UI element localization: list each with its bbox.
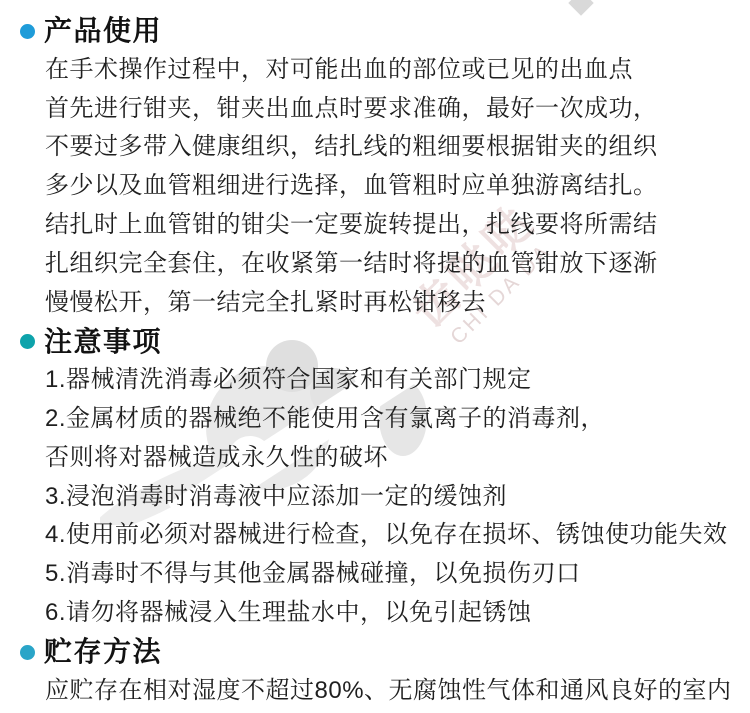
body-line: 首先进行钳夹，钳夹出血点时要求准确，最好一次成功， (0, 90, 750, 129)
bullet-icon (20, 334, 35, 349)
section-title: 产品使用 (44, 17, 162, 45)
body-line: 应贮存在相对湿度不超过80%、无腐蚀性气体和通风良好的室内 (0, 672, 750, 711)
section-precautions: 注意事项 1.器械清洗消毒必须符合国家和有关部门规定 2.金属材质的器械绝不能使… (0, 322, 750, 632)
section-storage: 贮存方法 应贮存在相对湿度不超过80%、无腐蚀性气体和通风良好的室内 (0, 633, 750, 711)
bullet-icon (20, 24, 35, 39)
body-line: 3.浸泡消毒时消毒液中应添加一定的缓蚀剂 (0, 478, 750, 517)
section-heading-row: 贮存方法 (0, 633, 750, 672)
bullet-icon (20, 645, 35, 660)
body-line: 6.请勿将器械浸入生理盐水中，以免引起锈蚀 (0, 594, 750, 633)
section-title: 注意事项 (44, 328, 162, 356)
body-line: 5.消毒时不得与其他金属器械碰撞，以免损伤刃口 (0, 555, 750, 594)
body-line: 结扎时上血管钳的钳尖一定要旋转提出，扎线要将所需结 (0, 206, 750, 245)
product-info-page: 齿哒哒 CHI DA DA 产品使用 在手术操作过程中，对可能出血的部位或已见的… (0, 0, 750, 713)
body-line: 2.金属材质的器械绝不能使用含有氯离子的消毒剂， (0, 400, 750, 439)
body-line: 多少以及血管粗细进行选择，血管粗时应单独游离结扎。 (0, 167, 750, 206)
body-line: 否则将对器械造成永久性的破坏 (0, 439, 750, 478)
section-heading-row: 产品使用 (0, 12, 750, 51)
body-line: 慢慢松开，第一结完全扎紧时再松钳移去 (0, 284, 750, 323)
section-product-usage: 产品使用 在手术操作过程中，对可能出血的部位或已见的出血点 首先进行钳夹，钳夹出… (0, 12, 750, 322)
body-line: 4.使用前必须对器械进行检查，以免存在损坏、锈蚀使功能失效 (0, 516, 750, 555)
body-line: 不要过多带入健康组织，结扎线的粗细要根据钳夹的组织 (0, 128, 750, 167)
body-line: 扎组织完全套住，在收紧第一结时将提的血管钳放下逐渐 (0, 245, 750, 284)
body-line: 在手术操作过程中，对可能出血的部位或已见的出血点 (0, 51, 750, 90)
section-title: 贮存方法 (44, 638, 162, 666)
section-heading-row: 注意事项 (0, 322, 750, 361)
body-line: 1.器械清洗消毒必须符合国家和有关部门规定 (0, 361, 750, 400)
